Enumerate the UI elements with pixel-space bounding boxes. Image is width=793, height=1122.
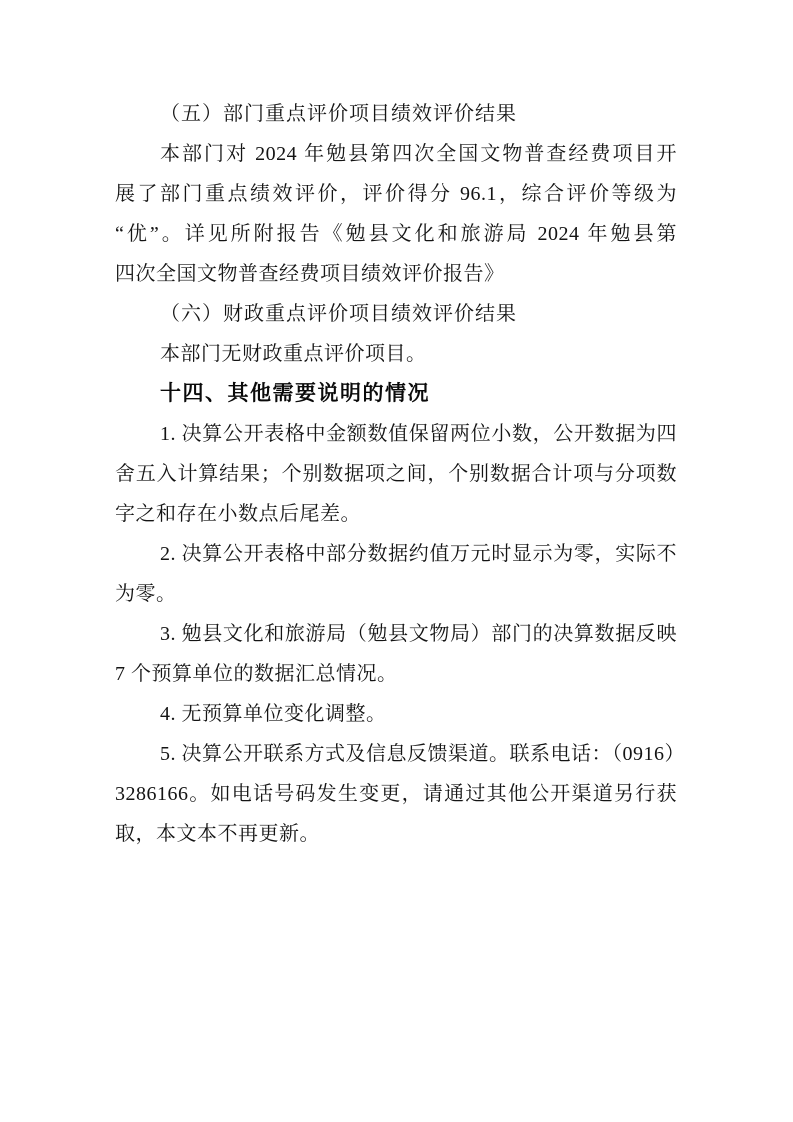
text-line: 1. 决算公开表格中金额数值保留两位小数，公开数据为四 (115, 414, 677, 454)
text-line: 展了部门重点绩效评价，评价得分 96.1，综合评价等级为 (115, 174, 677, 214)
text-line: 2. 决算公开表格中部分数据约值万元时显示为零，实际不 (115, 534, 677, 574)
subsection-heading: （六）财政重点评价项目绩效评价结果 (115, 294, 677, 334)
paragraph: 3. 勉县文化和旅游局（勉县文物局）部门的决算数据反映7 个预算单位的数据汇总情… (115, 614, 677, 694)
paragraph: 2. 决算公开表格中部分数据约值万元时显示为零，实际不为零。 (115, 534, 677, 614)
document-page: （五）部门重点评价项目绩效评价结果本部门对 2024 年勉县第四次全国文物普查经… (0, 0, 793, 1122)
text-line: 字之和存在小数点后尾差。 (115, 494, 677, 534)
text-line: 本部门无财政重点评价项目。 (115, 334, 677, 374)
text-line: 四次全国文物普查经费项目绩效评价报告》 (115, 254, 677, 294)
subsection-heading: （五）部门重点评价项目绩效评价结果 (115, 94, 677, 134)
text-line: 舍五入计算结果；个别数据项之间，个别数据合计项与分项数 (115, 454, 677, 494)
text-line: （六）财政重点评价项目绩效评价结果 (115, 294, 677, 334)
page-body: （五）部门重点评价项目绩效评价结果本部门对 2024 年勉县第四次全国文物普查经… (115, 94, 677, 854)
text-line: 4. 无预算单位变化调整。 (115, 694, 677, 734)
paragraph: 5. 决算公开联系方式及信息反馈渠道。联系电话：（0916）3286166。如电… (115, 734, 677, 854)
paragraph: 1. 决算公开表格中金额数值保留两位小数，公开数据为四舍五入计算结果；个别数据项… (115, 414, 677, 534)
section-heading-line: 十四、其他需要说明的情况 (115, 374, 677, 414)
paragraph: 本部门对 2024 年勉县第四次全国文物普查经费项目开展了部门重点绩效评价，评价… (115, 134, 677, 294)
paragraph: 本部门无财政重点评价项目。 (115, 334, 677, 374)
text-line: 3286166。如电话号码发生变更，请通过其他公开渠道另行获 (115, 774, 677, 814)
text-line: 7 个预算单位的数据汇总情况。 (115, 654, 677, 694)
text-line: 3. 勉县文化和旅游局（勉县文物局）部门的决算数据反映 (115, 614, 677, 654)
text-line: 取，本文本不再更新。 (115, 814, 677, 854)
text-line: 为零。 (115, 574, 677, 614)
text-line: 本部门对 2024 年勉县第四次全国文物普查经费项目开 (115, 134, 677, 174)
text-line: （五）部门重点评价项目绩效评价结果 (115, 94, 677, 134)
text-line: 5. 决算公开联系方式及信息反馈渠道。联系电话：（0916） (115, 734, 677, 774)
text-line: “优”。详见所附报告《勉县文化和旅游局 2024 年勉县第 (115, 214, 677, 254)
paragraph: 4. 无预算单位变化调整。 (115, 694, 677, 734)
section-heading: 十四、其他需要说明的情况 (115, 374, 677, 414)
